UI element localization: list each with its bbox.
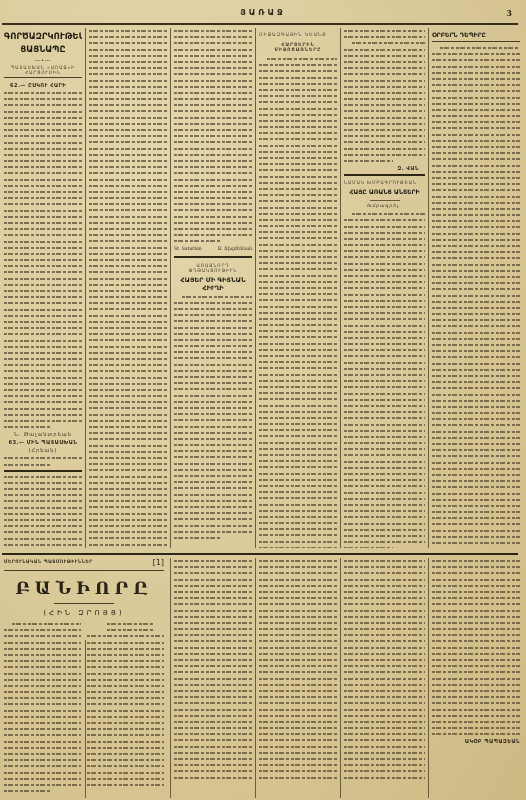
chronicle-body-2 [4,457,82,465]
news-section: ԱՌԱՋՆՈՐԴ ԹՂԹԱԿՑՈՒԹԻՒՆ [174,263,252,273]
masthead: ՅԱՌԱՋ 3 [0,8,526,22]
chronicle-item-heading: 62.— ԸՍԿՈՒ ՀԱՐԻ [10,83,82,89]
chronicle-item-sub: (Հրեան) [4,448,82,454]
news-column: St. Saturnin Ա. Ճիզմէճեան ԱՌԱՋՆՈՐԴ ԹՂԹԱԿ… [174,30,252,548]
serial-author: ԱԿՕԲ ՊԱՊԱԶԵԱՆ [432,739,520,745]
serial-header-bar: ՄԵՐՈՒՆԱԿԱՆ ՊԱՏՄՈՒԹԻՒՆՆԵՐ [1] [4,558,164,571]
column-divider [340,558,341,798]
essay-title: ՀԱՅԸ ԱՌԱՆՑ ԱՆՏԵՐԻ [344,189,425,196]
prev-signoff: Զ. ՎԱՆ [344,166,419,172]
foreign-affairs-article: ՄԻՋԱԶԳԱՅԻՆ ԿԵԱՆՔ ՀԱՐՑԵՐԻՆ ՄԻՋՈՑԱՌՆԵՐԸ [259,30,337,548]
serial-column-3 [174,560,252,798]
ornament: —•— [4,58,82,64]
serial-subtitle: (ՀԻՆ ԶՐՈՅՑ) [4,609,164,617]
column-divider [170,28,171,548]
newspaper-page: ՅԱՌԱՋ 3 ԳՈՐԾԱԶՐԿՈՒԹԵԱՆ ՑԱՑՆԱՊԸ —•— ՊԱՏԱՍ… [0,0,526,800]
page-number: 3 [506,8,512,18]
news-signoff: St. Saturnin Ա. Ճիզմէճեան [174,247,252,252]
chronicle-continued [89,30,167,548]
essay-column: Զ. ՎԱՆ ՆԱՄԱԿ ԽՄԲԱԳՐՈՒԹԵԱՆ ՀԱՅԸ ԱՌԱՆՑ ԱՆՏ… [344,30,425,548]
column-divider [170,558,171,798]
serial-column-5 [344,560,425,798]
foreign-title: ՀԱՐՑԵՐԻՆ ՄԻՋՈՑԱՌՆԵՐԸ [259,43,337,53]
title-rule [370,200,400,201]
essay-section: ՆԱՄԱԿ ԽՄԲԱԳՐՈՒԹԵԱՆ [344,180,425,185]
newspaper-title: ՅԱՌԱՋ [0,8,526,17]
serial-part: [1] [153,558,164,567]
serial-header: ՄԵՐՈՒՆԱԿԱՆ ՊԱՏՄՈՒԹԻՒՆՆԵՐ [1] ԲԱՆԻՈՐԸ (ՀԻ… [4,558,164,798]
news-title: ՀԱՅԵՐ ՄԻ ԳԻՏՆԱՆ ՀԻՒՂԻ [174,276,252,292]
masthead-rule [2,23,518,25]
signoff-place: St. Saturnin [174,247,202,252]
serial-title: ԲԱՆԻՈՐԸ [4,579,164,599]
foreign-section: ՄԻՋԱԶԳԱՅԻՆ ԿԵԱՆՔ [259,33,337,38]
chronicle-title-2: ՑԱՑՆԱՊԸ [4,45,82,55]
column-divider [428,28,429,548]
signoff-author: Ա. Ճիզմէճեան [218,247,252,252]
chronicle-body [4,92,82,428]
orphans-title: ՕՐԲԵՐՆ ԴԵՊԻՐԸ [432,32,520,42]
title-rule [54,603,114,604]
column-divider [85,640,86,798]
section-divider [174,256,252,258]
orphans-article: ՕՐԲԵՐՆ ԴԵՊԻՐԸ [432,30,520,548]
column-divider [255,558,256,798]
serial-body-a [4,623,81,796]
serial-column-6: ԱԿՕԲ ՊԱՊԱԶԵԱՆ [432,560,520,798]
chronicle-item-heading-2: 63.— ՄԻՆ ՊԱՏԱՍԽԱՆ [4,440,82,446]
column-divider [255,28,256,548]
section-divider [344,174,425,176]
serial-section: ՄԵՐՈՒՆԱԿԱՆ ՊԱՏՄՈՒԹԻՒՆՆԵՐ [4,560,93,565]
essay-byline: Խմբագրել. [344,204,425,209]
column-divider [428,558,429,798]
chronicle-signoff: Ն. Թալանտրեան [4,432,82,438]
chronicle-body-3 [4,476,82,550]
chronicle-title: ԳՈՐԾԱԶՐԿՈՒԹԵԱՆ [4,32,82,42]
serial-divider [2,553,518,555]
column-divider [85,28,86,548]
serial-column-4 [259,560,337,798]
serial-body-b [87,623,164,796]
item-divider [4,470,82,472]
chronicle-article: ԳՈՐԾԱԶՐԿՈՒԹԵԱՆ ՑԱՑՆԱՊԸ —•— ՊԱՏԱՍԽԱՆ «ԱՌԱ… [4,30,82,550]
column-divider [340,28,341,548]
chronicle-kicker: ՊԱՏԱՍԽԱՆ «ԱՌԱՋ»Ի ՀԱՐՑՈՒՄԻՆ [4,65,82,78]
